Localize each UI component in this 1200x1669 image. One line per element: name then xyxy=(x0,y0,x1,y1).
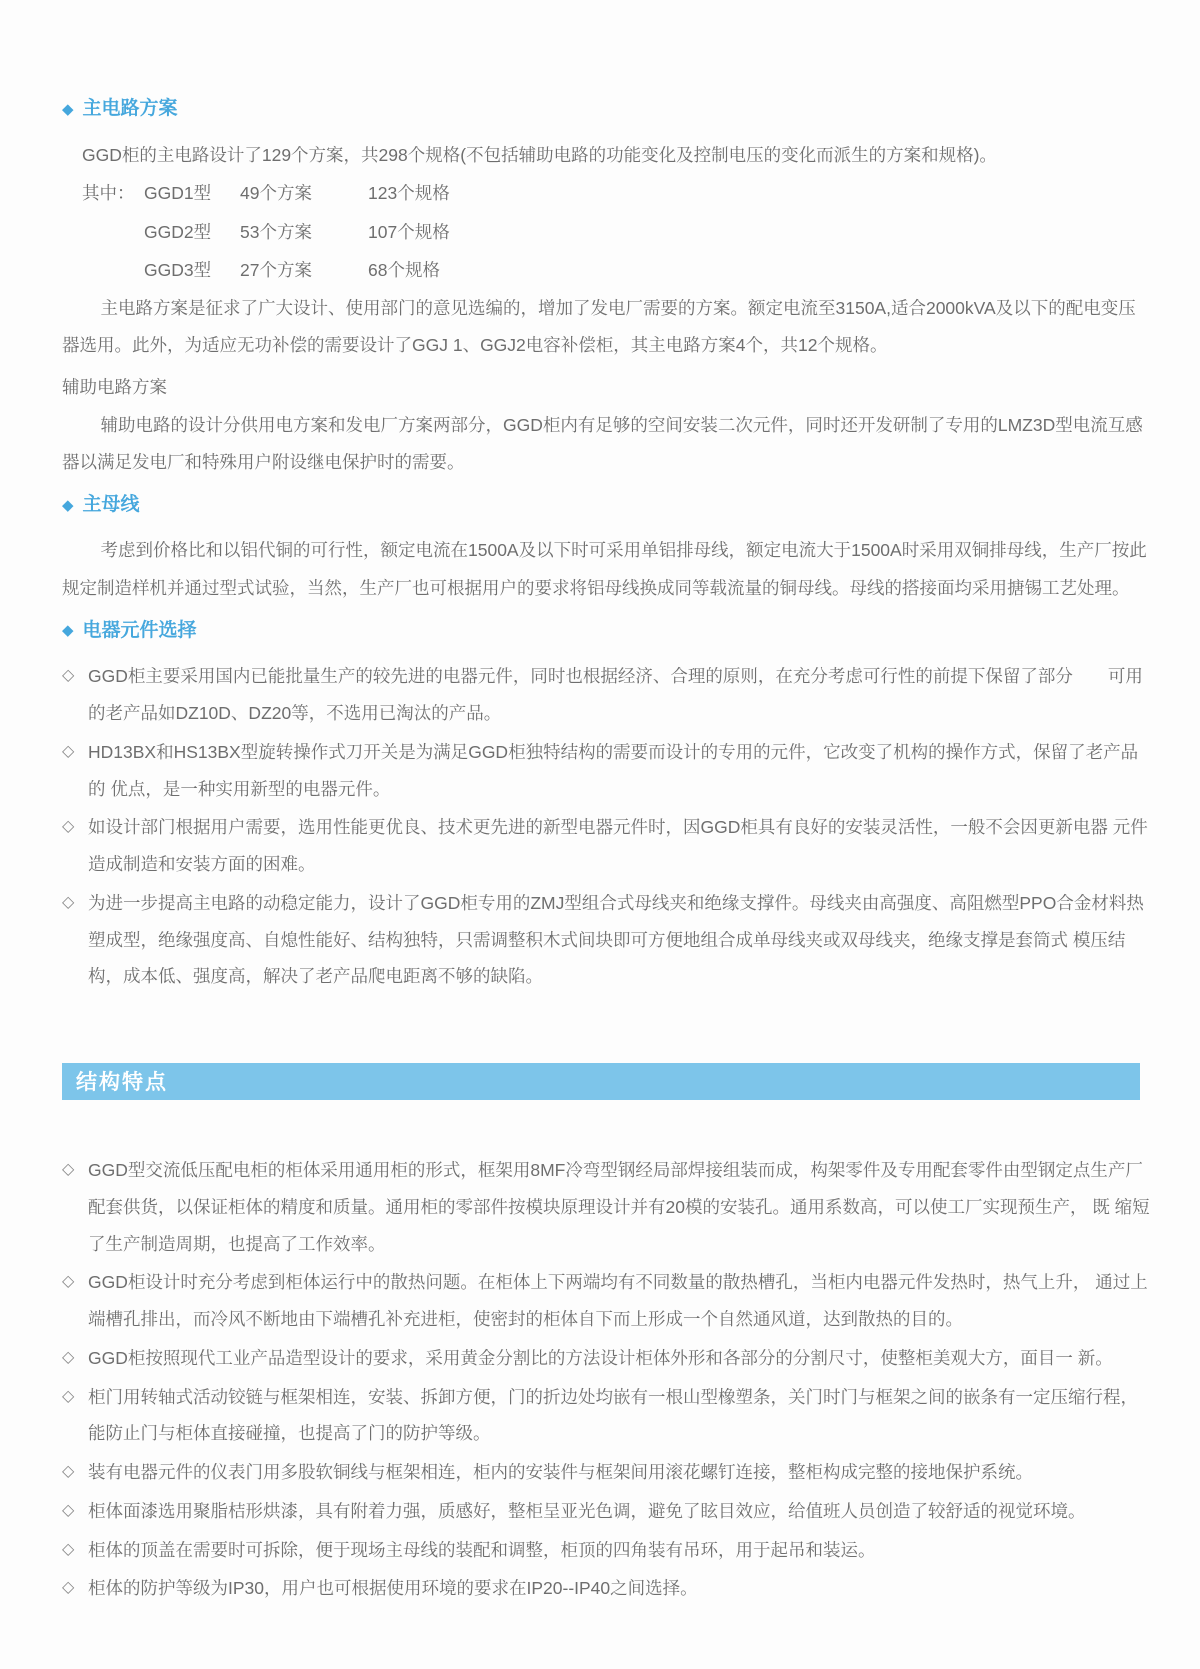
list-item: ◇ 装有电器元件的仪表门用多股软铜线与框架相连，柜内的安装件与框架间用滚花螺钉连… xyxy=(62,1454,1152,1491)
bullet-text: 为进一步提高主电路的动稳定能力，设计了GGD柜专用的ZMJ型组合式母线夹和绝缘支… xyxy=(88,885,1152,995)
list-item: ◇ GGD型交流低压配电柜的柜体采用通用柜的形式，框架用8MF冷弯型钢经局部焊接… xyxy=(62,1152,1152,1262)
spec-lead xyxy=(82,213,144,252)
list-item: ◇ 为进一步提高主电路的动稳定能力，设计了GGD柜专用的ZMJ型组合式母线夹和绝… xyxy=(62,885,1152,995)
list-item: ◇ 柜门用转轴式活动铰链与框架相连，安装、拆卸方便，门的折边处均嵌有一根山型橡塑… xyxy=(62,1379,1152,1453)
blue-diamond-icon: ◆ xyxy=(62,620,74,641)
hollow-diamond-bullet-icon: ◇ xyxy=(62,1379,88,1416)
structure-features-bullet-list: ◇ GGD型交流低压配电柜的柜体采用通用柜的形式，框架用8MF冷弯型钢经局部焊接… xyxy=(62,1152,1152,1607)
list-item: ◇ 柜体的防护等级为IP30，用户也可根据使用环境的要求在IP20--IP40之… xyxy=(62,1570,1152,1607)
main-busbar-paragraph: 考虑到价格比和以铝代铜的可行性，额定电流在1500A及以下时可采用单铝排母线，额… xyxy=(62,532,1152,607)
bullet-text: 如设计部门根据用户需要，选用性能更优良、技术更先进的新型电器元件时，因GGD柜具… xyxy=(88,809,1152,883)
spec-model: GGD1型 xyxy=(144,174,240,213)
section-title-main-busbar: 主母线 xyxy=(83,492,140,519)
spec-row-ggd2: GGD2型 53个方案 107个规格 xyxy=(82,213,1152,252)
hollow-diamond-bullet-icon: ◇ xyxy=(62,1152,88,1189)
bullet-text: HD13BX和HS13BX型旋转操作式刀开关是为满足GGD柜独特结构的需要而设计… xyxy=(88,734,1152,808)
list-item: ◇ 柜体面漆选用聚脂桔形烘漆，具有附着力强，质感好，整柜呈亚光色调，避免了眩目效… xyxy=(62,1493,1152,1530)
hollow-diamond-bullet-icon: ◇ xyxy=(62,1340,88,1377)
bullet-text: GGD型交流低压配电柜的柜体采用通用柜的形式，框架用8MF冷弯型钢经局部焊接组装… xyxy=(88,1152,1152,1262)
hollow-diamond-bullet-icon: ◇ xyxy=(62,1264,88,1301)
hollow-diamond-bullet-icon: ◇ xyxy=(62,885,88,922)
bullet-text: GGD柜主要采用国内已能批量生产的较先进的电器元件，同时也根据经济、合理的原则，… xyxy=(88,658,1152,732)
section-title-component-selection: 电器元件选择 xyxy=(83,618,197,645)
aux-circuit-paragraph: 辅助电路的设计分供用电方案和发电厂方案两部分，GGD柜内有足够的空间安装二次元件… xyxy=(62,407,1152,482)
section-header-main-circuit: ◆ 主电路方案 xyxy=(62,96,1152,123)
spec-count: 123个规格 xyxy=(368,174,450,213)
spec-count: 68个规格 xyxy=(368,251,440,290)
hollow-diamond-bullet-icon: ◇ xyxy=(62,658,88,695)
spec-schemes: 27个方案 xyxy=(240,251,368,290)
spec-lead xyxy=(82,251,144,290)
list-item: ◇ GGD柜按照现代工业产品造型设计的要求，采用黄金分割比的方法设计柜体外形和各… xyxy=(62,1340,1152,1377)
bullet-text: 装有电器元件的仪表门用多股软铜线与框架相连，柜内的安装件与框架间用滚花螺钉连接，… xyxy=(88,1454,1152,1491)
aux-circuit-subtitle: 辅助电路方案 xyxy=(62,369,1152,407)
section-title-main-circuit: 主电路方案 xyxy=(83,96,178,123)
list-item: ◇ HD13BX和HS13BX型旋转操作式刀开关是为满足GGD柜独特结构的需要而… xyxy=(62,734,1152,808)
component-selection-bullet-list: ◇ GGD柜主要采用国内已能批量生产的较先进的电器元件，同时也根据经济、合理的原… xyxy=(62,658,1152,995)
list-item: ◇ GGD柜主要采用国内已能批量生产的较先进的电器元件，同时也根据经济、合理的原… xyxy=(62,658,1152,732)
spec-model: GGD3型 xyxy=(144,251,240,290)
hollow-diamond-bullet-icon: ◇ xyxy=(62,809,88,846)
blue-diamond-icon: ◆ xyxy=(62,495,74,516)
hollow-diamond-bullet-icon: ◇ xyxy=(62,1570,88,1607)
spec-model: GGD2型 xyxy=(144,213,240,252)
spec-row-ggd1: 其中： GGD1型 49个方案 123个规格 xyxy=(82,174,1152,213)
spec-count: 107个规格 xyxy=(368,213,450,252)
bullet-text: 柜体的顶盖在需要时可拆除，便于现场主母线的装配和调整，柜顶的四角装有吊环，用于起… xyxy=(88,1532,1152,1569)
list-item: ◇ GGD柜设计时充分考虑到柜体运行中的散热问题。在柜体上下两端均有不同数量的散… xyxy=(62,1264,1152,1338)
bullet-text: 柜体的防护等级为IP30，用户也可根据使用环境的要求在IP20--IP40之间选… xyxy=(88,1570,1152,1607)
list-item: ◇ 如设计部门根据用户需要，选用性能更优良、技术更先进的新型电器元件时，因GGD… xyxy=(62,809,1152,883)
hollow-diamond-bullet-icon: ◇ xyxy=(62,1532,88,1569)
hollow-diamond-bullet-icon: ◇ xyxy=(62,1454,88,1491)
spec-row-ggd3: GGD3型 27个方案 68个规格 xyxy=(82,251,1152,290)
structure-features-banner: 结构特点 xyxy=(62,1063,1140,1100)
spec-lead: 其中： xyxy=(82,174,144,213)
list-item: ◇ 柜体的顶盖在需要时可拆除，便于现场主母线的装配和调整，柜顶的四角装有吊环，用… xyxy=(62,1532,1152,1569)
bullet-text: 柜门用转轴式活动铰链与框架相连，安装、拆卸方便，门的折边处均嵌有一根山型橡塑条，… xyxy=(88,1379,1152,1453)
spec-schemes: 49个方案 xyxy=(240,174,368,213)
hollow-diamond-bullet-icon: ◇ xyxy=(62,734,88,771)
main-circuit-intro: GGD柜的主电路设计了129个方案，共298个规格(不包括辅助电路的功能变化及控… xyxy=(62,137,1152,175)
bullet-text: GGD柜设计时充分考虑到柜体运行中的散热问题。在柜体上下两端均有不同数量的散热槽… xyxy=(88,1264,1152,1338)
spec-schemes: 53个方案 xyxy=(240,213,368,252)
main-circuit-paragraph: 主电路方案是征求了广大设计、使用部门的意见选编的，增加了发电厂需要的方案。额定电… xyxy=(62,290,1152,365)
scheme-spec-table: 其中： GGD1型 49个方案 123个规格 GGD2型 53个方案 107个规… xyxy=(62,174,1152,290)
bullet-text: 柜体面漆选用聚脂桔形烘漆，具有附着力强，质感好，整柜呈亚光色调，避免了眩目效应，… xyxy=(88,1493,1152,1530)
section-header-main-busbar: ◆ 主母线 xyxy=(62,492,1152,519)
bullet-text: GGD柜按照现代工业产品造型设计的要求，采用黄金分割比的方法设计柜体外形和各部分… xyxy=(88,1340,1152,1377)
blue-diamond-icon: ◆ xyxy=(62,99,74,120)
section-header-component-selection: ◆ 电器元件选择 xyxy=(62,618,1152,645)
hollow-diamond-bullet-icon: ◇ xyxy=(62,1493,88,1530)
document-page: ◆ 主电路方案 GGD柜的主电路设计了129个方案，共298个规格(不包括辅助电… xyxy=(0,0,1200,1669)
